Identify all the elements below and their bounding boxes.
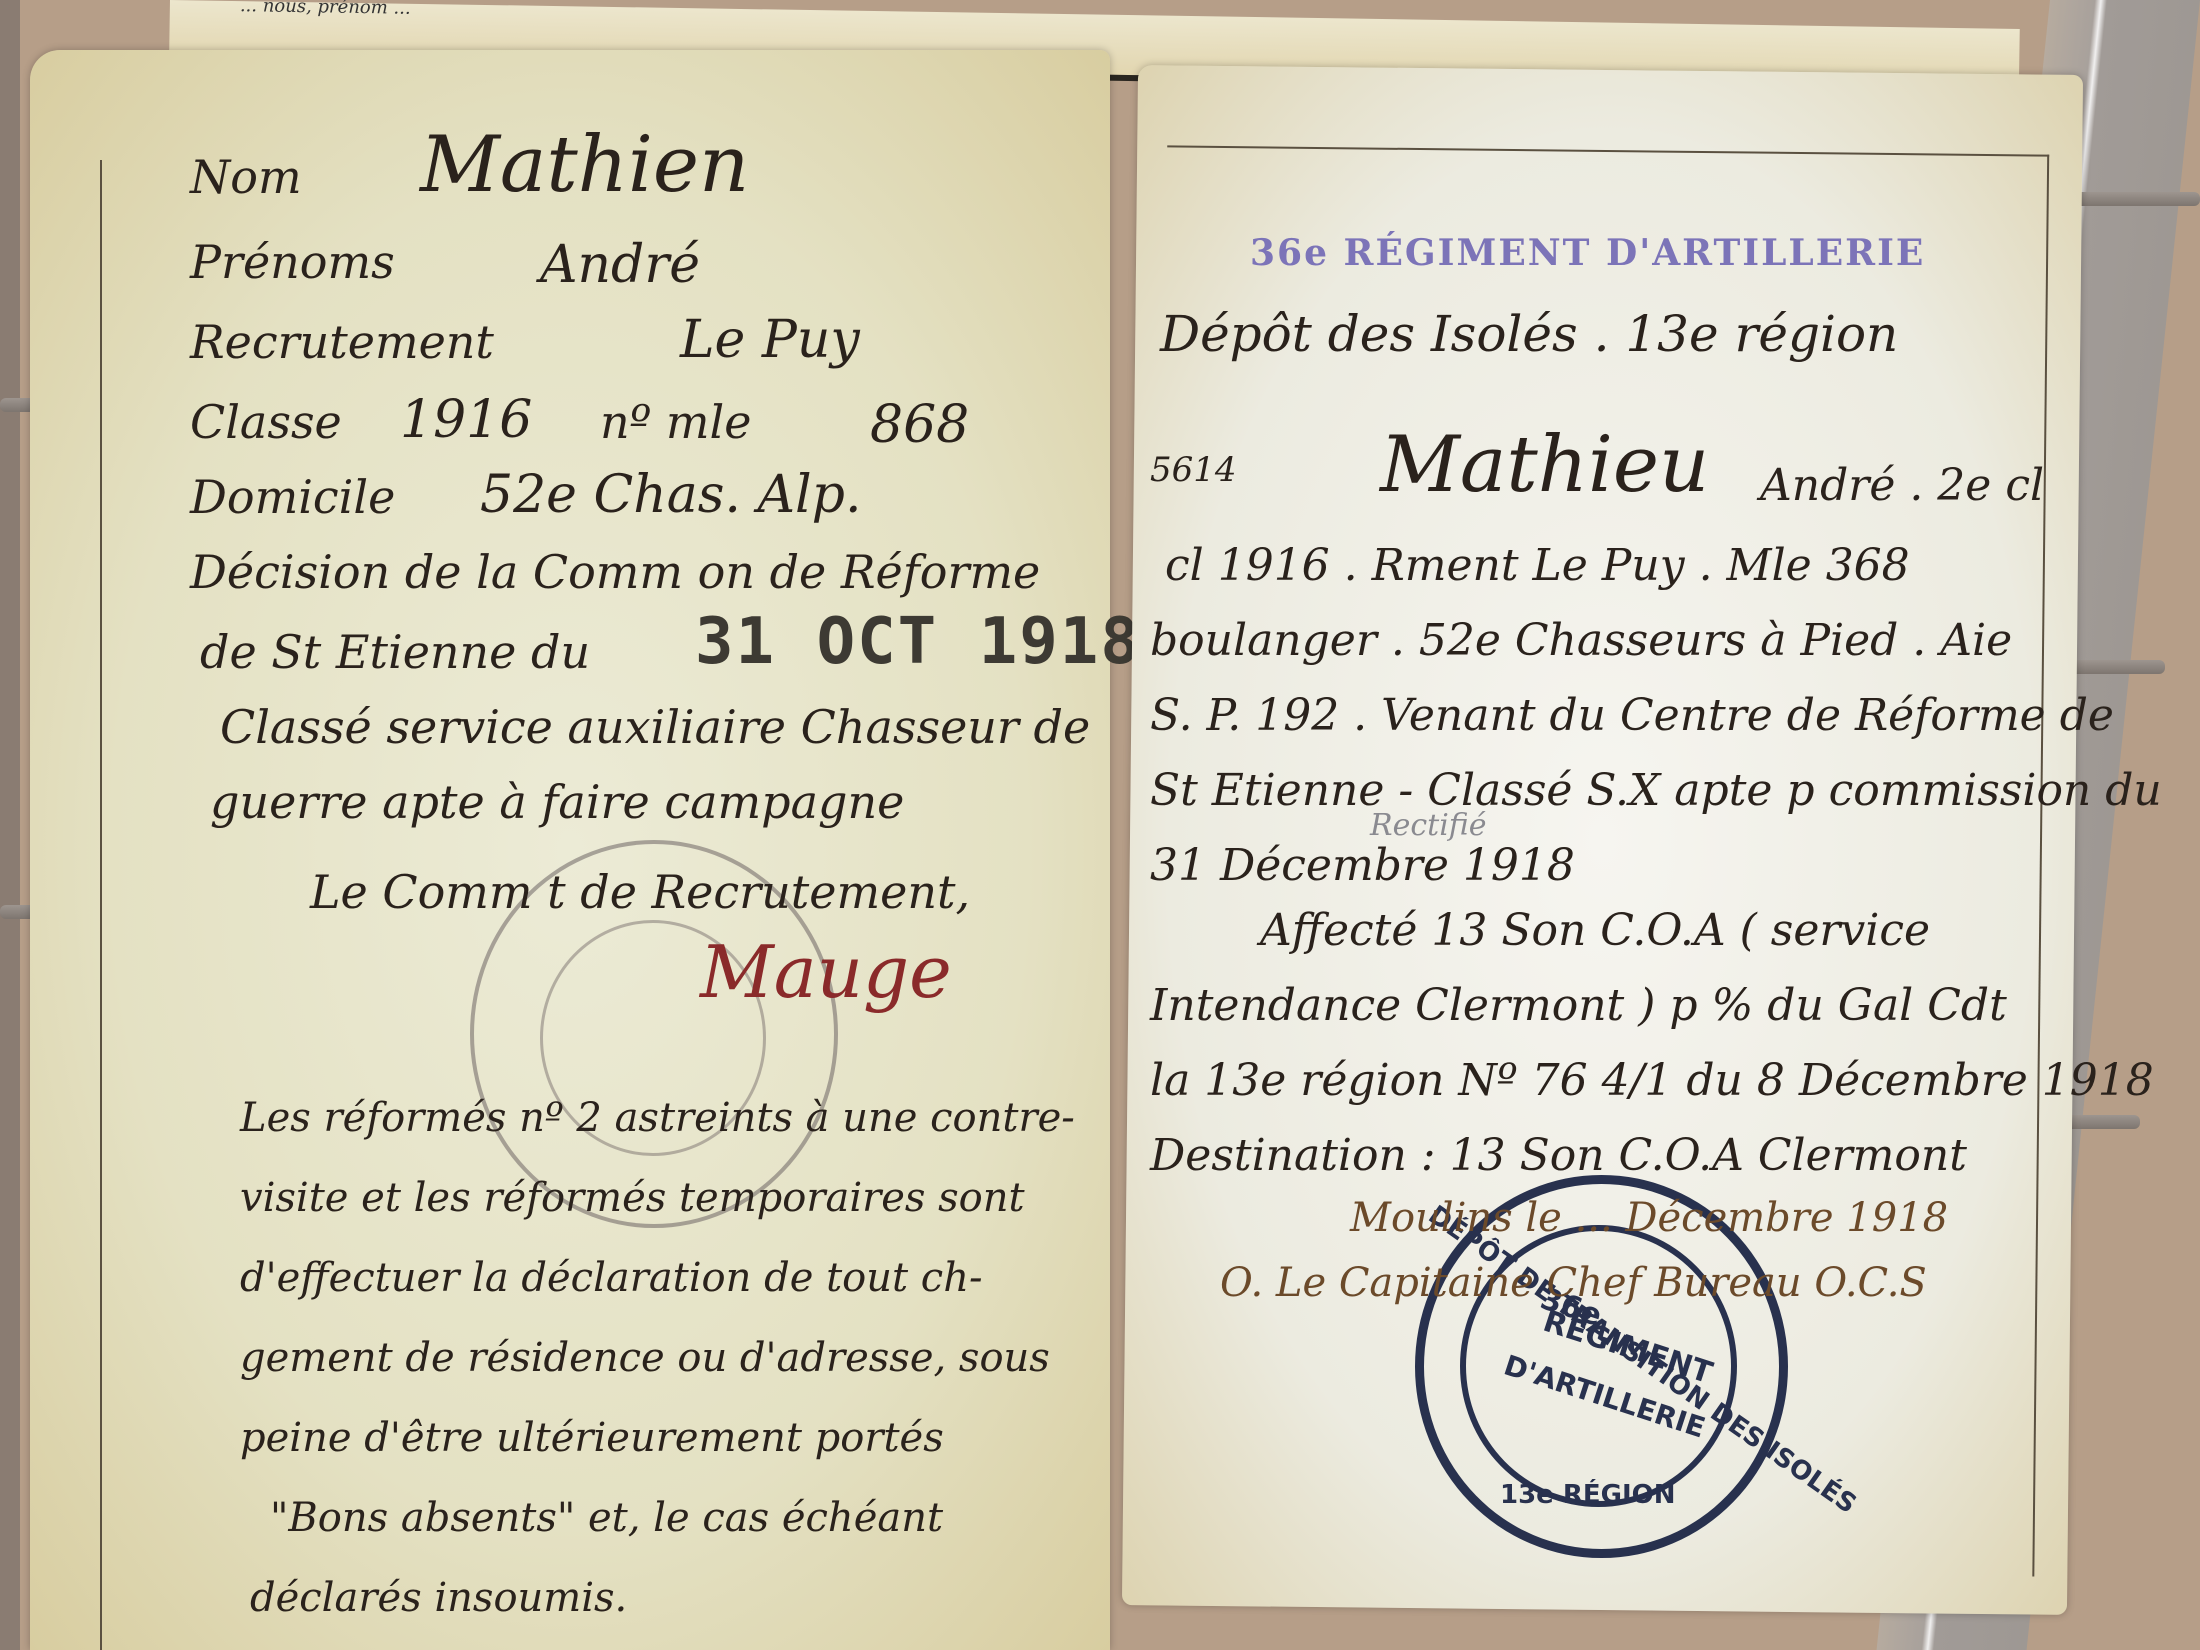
record-line: la 13e région Nº 76 4/1 du 8 Décembre 19… — [1150, 1055, 2154, 1106]
notice-line: déclarés insoumis. — [250, 1575, 627, 1621]
field-value-matricule: 868 — [870, 395, 969, 455]
decision-line: guerre apte à faire campagne — [210, 775, 904, 829]
field-value-nom: Mathien — [420, 120, 749, 210]
field-label-recrutement: Recrutement — [190, 315, 494, 369]
field-label-prenoms: Prénoms — [190, 235, 395, 289]
notice-line: visite et les réformés temporaires sont — [240, 1175, 1025, 1221]
soldier-firstname: André . 2e cl — [1760, 460, 2044, 511]
field-value-domicile: 52e Chas. Alp. — [480, 465, 862, 525]
date-stamp: 31 OCT 1918 — [695, 605, 1141, 679]
pencil-annotation: Rectifié — [1370, 808, 1487, 843]
decision-line: Décision de la Comm on de Réforme — [190, 545, 1040, 599]
red-signature: Mauge — [700, 930, 952, 1014]
notice-line: Les réformés nº 2 astreints à une contre… — [240, 1095, 1075, 1141]
rack-bar — [2070, 192, 2200, 206]
decision-line: Classé service auxiliaire Chasseur de — [220, 700, 1090, 754]
notice-line: d'effectuer la déclaration de tout ch- — [240, 1255, 982, 1301]
field-label-matricule: nº mle — [600, 395, 751, 449]
signature-line: Le Comm t de Recrutement, — [310, 865, 970, 919]
notice-line: peine d'être ultérieurement portés — [240, 1415, 944, 1461]
regiment-header-stamp: 36e RÉGIMENT D'ARTILLERIE — [1250, 232, 1925, 274]
background-left-edge — [0, 0, 20, 1650]
record-line: cl 1916 . Rment Le Puy . Mle 368 — [1165, 540, 1910, 591]
decision-line: de St Etienne du — [200, 625, 590, 679]
top-strip-text: ... nous, prénom ... — [240, 0, 411, 19]
field-value-classe: 1916 — [400, 390, 532, 450]
record-line: 31 Décembre 1918 — [1150, 840, 1575, 891]
field-label-classe: Classe — [190, 395, 342, 449]
notice-line: "Bons absents" et, le cas échéant — [270, 1495, 943, 1541]
stamp-bottom-text: 13e RÉGION — [1500, 1480, 1676, 1510]
soldier-surname: Mathieu — [1380, 420, 1709, 510]
record-line: S. P. 192 . Venant du Centre de Réforme … — [1150, 690, 2114, 741]
field-label-nom: Nom — [190, 150, 302, 204]
notice-line: gement de résidence ou d'adresse, sous — [240, 1335, 1050, 1381]
record-line: Destination : 13 Son C.O.A Clermont — [1150, 1130, 1967, 1181]
field-label-domicile: Domicile — [190, 470, 395, 524]
record-line: St Etienne - Classé S.X apte p commissio… — [1150, 765, 2162, 816]
depot-header: Dépôt des Isolés . 13e région — [1160, 305, 1898, 363]
record-line: Intendance Clermont ) p % du Gal Cdt — [1150, 980, 2007, 1031]
closing-line: O. Le Capitaine Chef Bureau O.C.S — [1220, 1260, 1927, 1306]
record-line: Affecté 13 Son C.O.A ( service — [1260, 905, 1930, 956]
margin-number: 5614 — [1150, 450, 1237, 490]
field-value-recrutement: Le Puy — [680, 310, 860, 370]
record-line: boulanger . 52e Chasseurs à Pied . Aie — [1150, 615, 2012, 666]
field-value-prenoms: André — [540, 235, 700, 295]
closing-line: Moulins le ... Décembre 1918 — [1350, 1195, 1948, 1241]
